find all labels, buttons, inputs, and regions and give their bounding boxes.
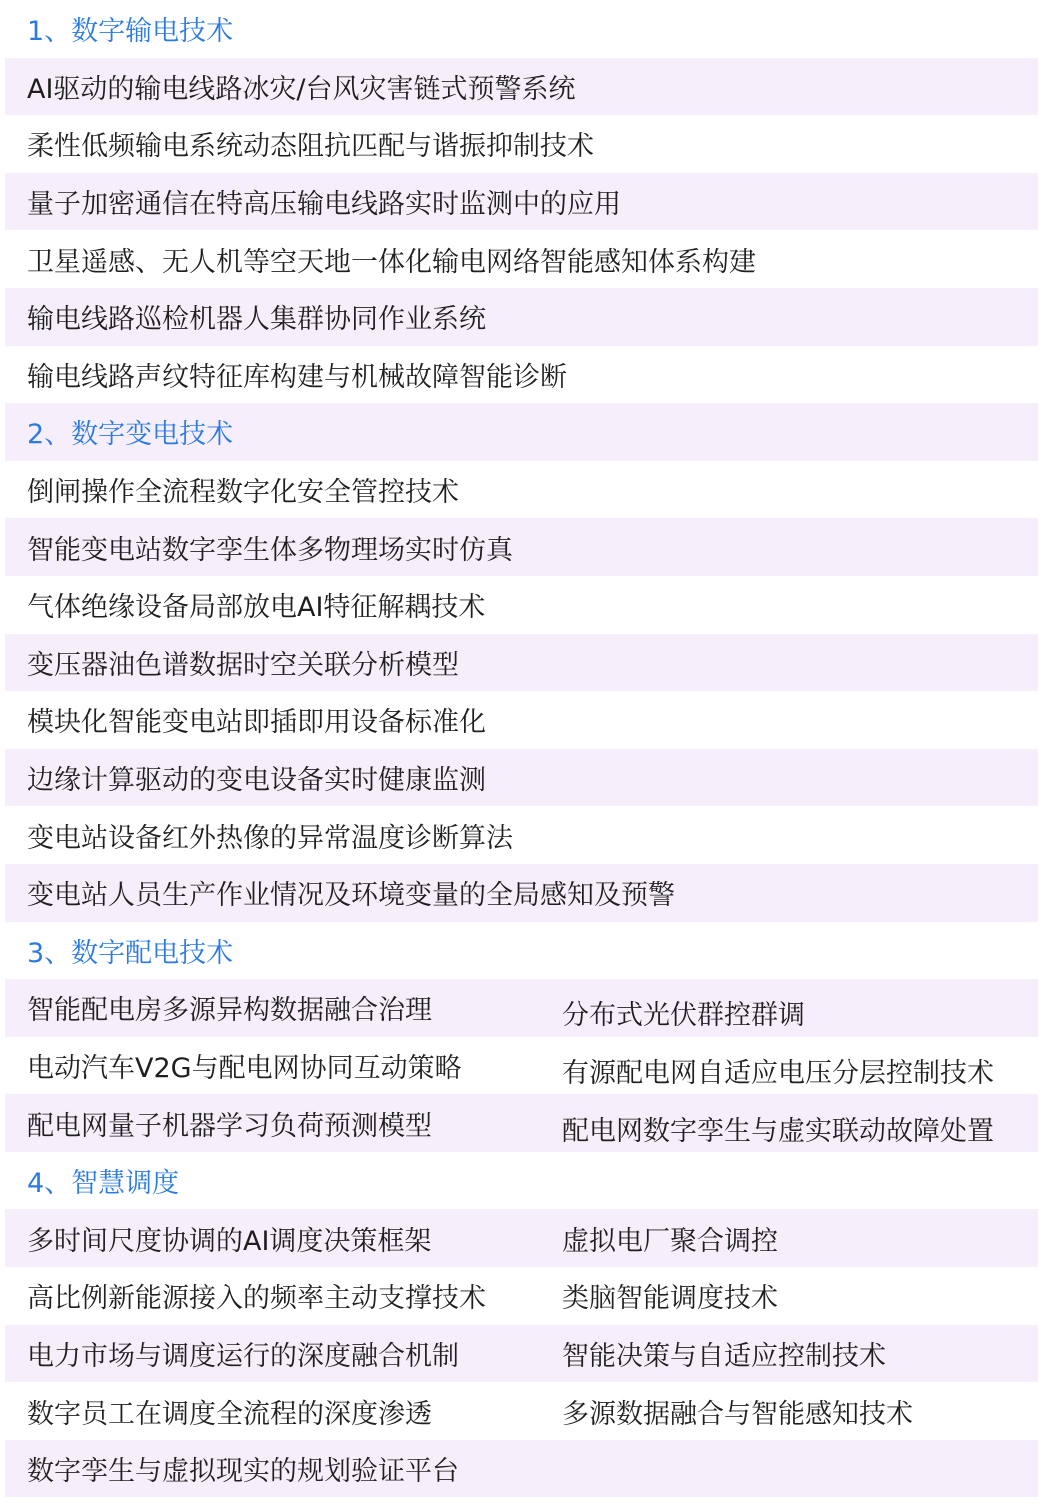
list-item: AI驱动的输电线路冰灾/台风灾害链式预警系统 <box>5 58 1038 116</box>
list-item: 多源数据融合与智能感知技术 <box>562 1392 1038 1431</box>
technology-list: 1、数字输电技术 AI驱动的输电线路冰灾/台风灾害链式预警系统 柔性低频输电系统… <box>5 0 1038 1497</box>
list-item-pair: 电动汽车V2G与配电网协同互动策略 有源配电网自适应电压分层控制技术 <box>5 1037 1038 1095</box>
list-item: 输电线路声纹特征库构建与机械故障智能诊断 <box>5 346 1038 404</box>
list-item: 边缘计算驱动的变电设备实时健康监测 <box>5 749 1038 807</box>
list-item-pair: 电力市场与调度运行的深度融合机制 智能决策与自适应控制技术 <box>5 1325 1038 1383</box>
list-item: 输电线路巡检机器人集群协同作业系统 <box>5 288 1038 346</box>
list-item: 模块化智能变电站即插即用设备标准化 <box>5 691 1038 749</box>
list-item-pair: 多时间尺度协调的AI调度决策框架 虚拟电厂聚合调控 <box>5 1209 1038 1267</box>
list-item: 智能变电站数字孪生体多物理场实时仿真 <box>5 518 1038 576</box>
list-item: 多时间尺度协调的AI调度决策框架 <box>27 1219 562 1258</box>
list-item: 数字孪生与虚拟现实的规划验证平台 <box>27 1449 562 1488</box>
list-item: 电动汽车V2G与配电网协同互动策略 <box>27 1046 562 1085</box>
list-item: 数字员工在调度全流程的深度渗透 <box>27 1392 562 1431</box>
list-item-pair: 高比例新能源接入的频率主动支撑技术 类脑智能调度技术 <box>5 1267 1038 1325</box>
list-item: 柔性低频输电系统动态阻抗匹配与谐振抑制技术 <box>5 115 1038 173</box>
list-item-pair: 数字员工在调度全流程的深度渗透 多源数据融合与智能感知技术 <box>5 1382 1038 1440</box>
section-heading-digital-distribution: 3、数字配电技术 <box>5 922 1038 980</box>
list-item: 配电网数字孪生与虚实联动故障处置 <box>562 1099 1038 1148</box>
list-item: 变压器油色谱数据时空关联分析模型 <box>5 634 1038 692</box>
section-heading-digital-substation: 2、数字变电技术 <box>5 403 1038 461</box>
list-item: 量子加密通信在特高压输电线路实时监测中的应用 <box>5 173 1038 231</box>
section-heading-smart-dispatch: 4、智慧调度 <box>5 1152 1038 1210</box>
list-item-pair: 配电网量子机器学习负荷预测模型 配电网数字孪生与虚实联动故障处置 <box>5 1094 1038 1152</box>
list-item: 分布式光伏群控群调 <box>562 983 1038 1032</box>
list-item: 高比例新能源接入的频率主动支撑技术 <box>27 1276 562 1315</box>
list-item: 配电网量子机器学习负荷预测模型 <box>27 1104 562 1143</box>
list-item: 气体绝缘设备局部放电AI特征解耦技术 <box>5 576 1038 634</box>
list-item: 智能决策与自适应控制技术 <box>562 1334 1038 1373</box>
list-item: 变电站设备红外热像的异常温度诊断算法 <box>5 806 1038 864</box>
list-item: 倒闸操作全流程数字化安全管控技术 <box>5 461 1038 519</box>
list-item: 类脑智能调度技术 <box>562 1276 1038 1315</box>
list-item: 变电站人员生产作业情况及环境变量的全局感知及预警 <box>5 864 1038 922</box>
list-item: 有源配电网自适应电压分层控制技术 <box>562 1041 1038 1090</box>
list-item: 电力市场与调度运行的深度融合机制 <box>27 1334 562 1373</box>
list-item: 卫星遥感、无人机等空天地一体化输电网络智能感知体系构建 <box>5 230 1038 288</box>
list-item-pair: 数字孪生与虚拟现实的规划验证平台 <box>5 1440 1038 1498</box>
list-item: 智能配电房多源异构数据融合治理 <box>27 988 562 1027</box>
list-item-pair: 智能配电房多源异构数据融合治理 分布式光伏群控群调 <box>5 979 1038 1037</box>
list-item: 虚拟电厂聚合调控 <box>562 1219 1038 1258</box>
section-heading-digital-transmission: 1、数字输电技术 <box>5 0 1038 58</box>
